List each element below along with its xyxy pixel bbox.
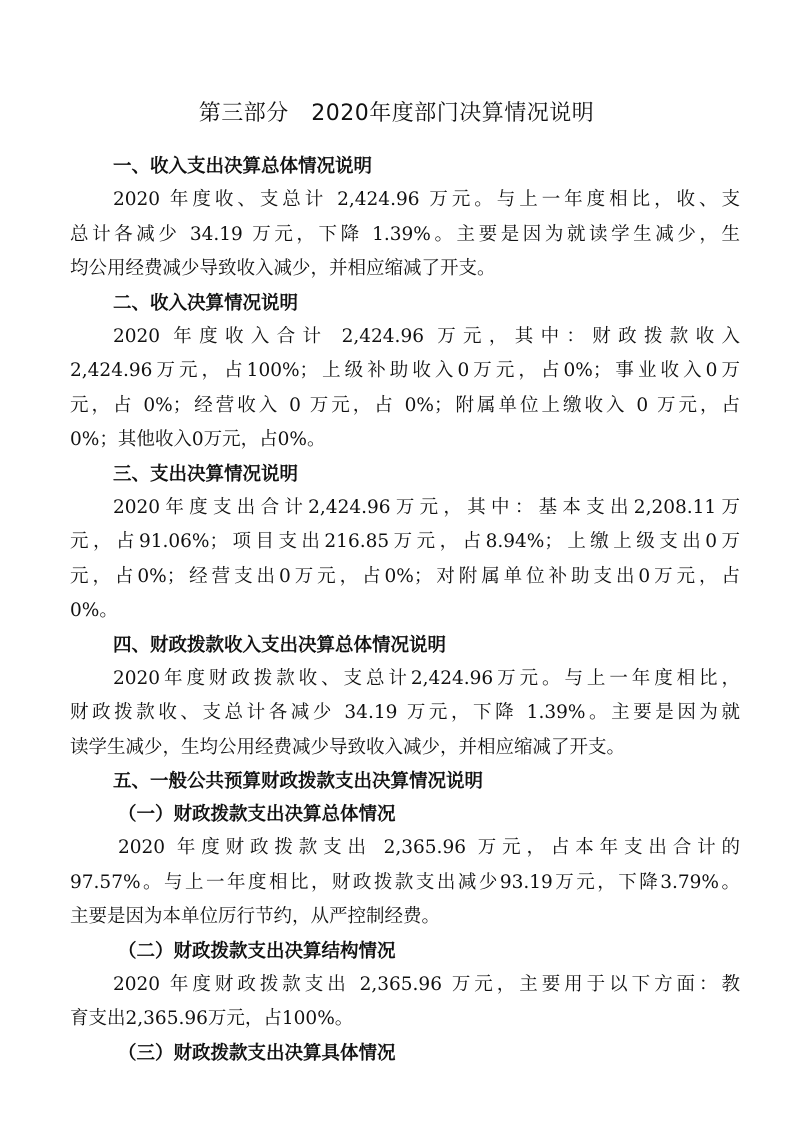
paragraph-line: 2020 年度财政拨款支出 2,365.96 万元，主要用于以下方面：教 [70, 968, 740, 1003]
paragraph-line: 育支出2,365.96万元，占100%。 [70, 1002, 740, 1037]
paragraph-line: 2020年度财政拨款收、支总计2,424.96万元。与上一年度相比， [70, 662, 740, 697]
paragraph-line: 财政拨款收、支总计各减少 34.19 万元，下降 1.39%。主要是因为就 [70, 696, 740, 731]
section-heading-2: 二、收入决算情况说明 [70, 287, 740, 320]
section-heading-1: 一、收入支出决算总体情况说明 [70, 150, 740, 183]
section-paragraph-1: 2020 年度收、支总计 2,424.96 万元。与上一年度相比，收、支 总计各… [70, 183, 740, 287]
section-paragraph-4: 2020年度财政拨款收、支总计2,424.96万元。与上一年度相比， 财政拨款收… [70, 662, 740, 766]
document-body: 一、收入支出决算总体情况说明 2020 年度收、支总计 2,424.96 万元。… [70, 150, 740, 1070]
subsection-paragraph-5-1: 2020 年度财政拨款支出 2,365.96 万元，占本年支出合计的 97.57… [70, 831, 740, 935]
subsection-heading-5-2: （二）财政拨款支出决算结构情况 [70, 935, 740, 968]
paragraph-line: 元，占 0%；经营收入 0 万元，占 0%；附属单位上缴收入 0 万元，占 [70, 389, 740, 424]
paragraph-line: 97.57%。与上一年度相比，财政拨款支出减少93.19万元，下降3.79%。 [70, 866, 740, 901]
paragraph-line: 总计各减少 34.19 万元，下降 1.39%。主要是因为就读学生减少，生 [70, 218, 740, 253]
paragraph-line: 读学生减少，生均公用经费减少导致收入减少，并相应缩减了开支。 [70, 731, 740, 766]
paragraph-line: 2,424.96万元，占100%；上级补助收入0万元，占0%；事业收入0万 [70, 354, 740, 389]
paragraph-line: 2020 年度财政拨款支出 2,365.96 万元，占本年支出合计的 [70, 831, 740, 866]
section-heading-5: 五、一般公共预算财政拨款支出决算情况说明 [70, 765, 740, 798]
section-paragraph-2: 2020 年度收入合计 2,424.96 万元，其中：财政拨款收入 2,424.… [70, 320, 740, 458]
paragraph-line: 2020年度支出合计2,424.96万元，其中：基本支出2,208.11万 [70, 491, 740, 526]
paragraph-line: 0%；其他收入0万元，占0%。 [70, 423, 740, 458]
paragraph-line: 2020 年度收入合计 2,424.96 万元，其中：财政拨款收入 [70, 320, 740, 355]
page-title: 第三部分 2020年度部门决算情况说明 [0, 96, 793, 127]
subsection-paragraph-5-2: 2020 年度财政拨款支出 2,365.96 万元，主要用于以下方面：教 育支出… [70, 968, 740, 1037]
paragraph-line: 0%。 [70, 594, 740, 629]
section-paragraph-3: 2020年度支出合计2,424.96万元，其中：基本支出2,208.11万 元，… [70, 491, 740, 629]
paragraph-line: 主要是因为本单位厉行节约，从严控制经费。 [70, 900, 740, 935]
paragraph-line: 均公用经费减少导致收入减少，并相应缩减了开支。 [70, 252, 740, 287]
paragraph-line: 2020 年度收、支总计 2,424.96 万元。与上一年度相比，收、支 [70, 183, 740, 218]
section-heading-4: 四、财政拨款收入支出决算总体情况说明 [70, 629, 740, 662]
subsection-heading-5-1: （一）财政拨款支出决算总体情况 [70, 798, 740, 831]
paragraph-line: 元，占91.06%；项目支出216.85万元，占8.94%；上缴上级支出0万 [70, 525, 740, 560]
section-heading-3: 三、支出决算情况说明 [70, 458, 740, 491]
paragraph-line: 元，占0%；经营支出0万元，占0%；对附属单位补助支出0万元，占 [70, 560, 740, 595]
subsection-heading-5-3: （三）财政拨款支出决算具体情况 [70, 1037, 740, 1070]
